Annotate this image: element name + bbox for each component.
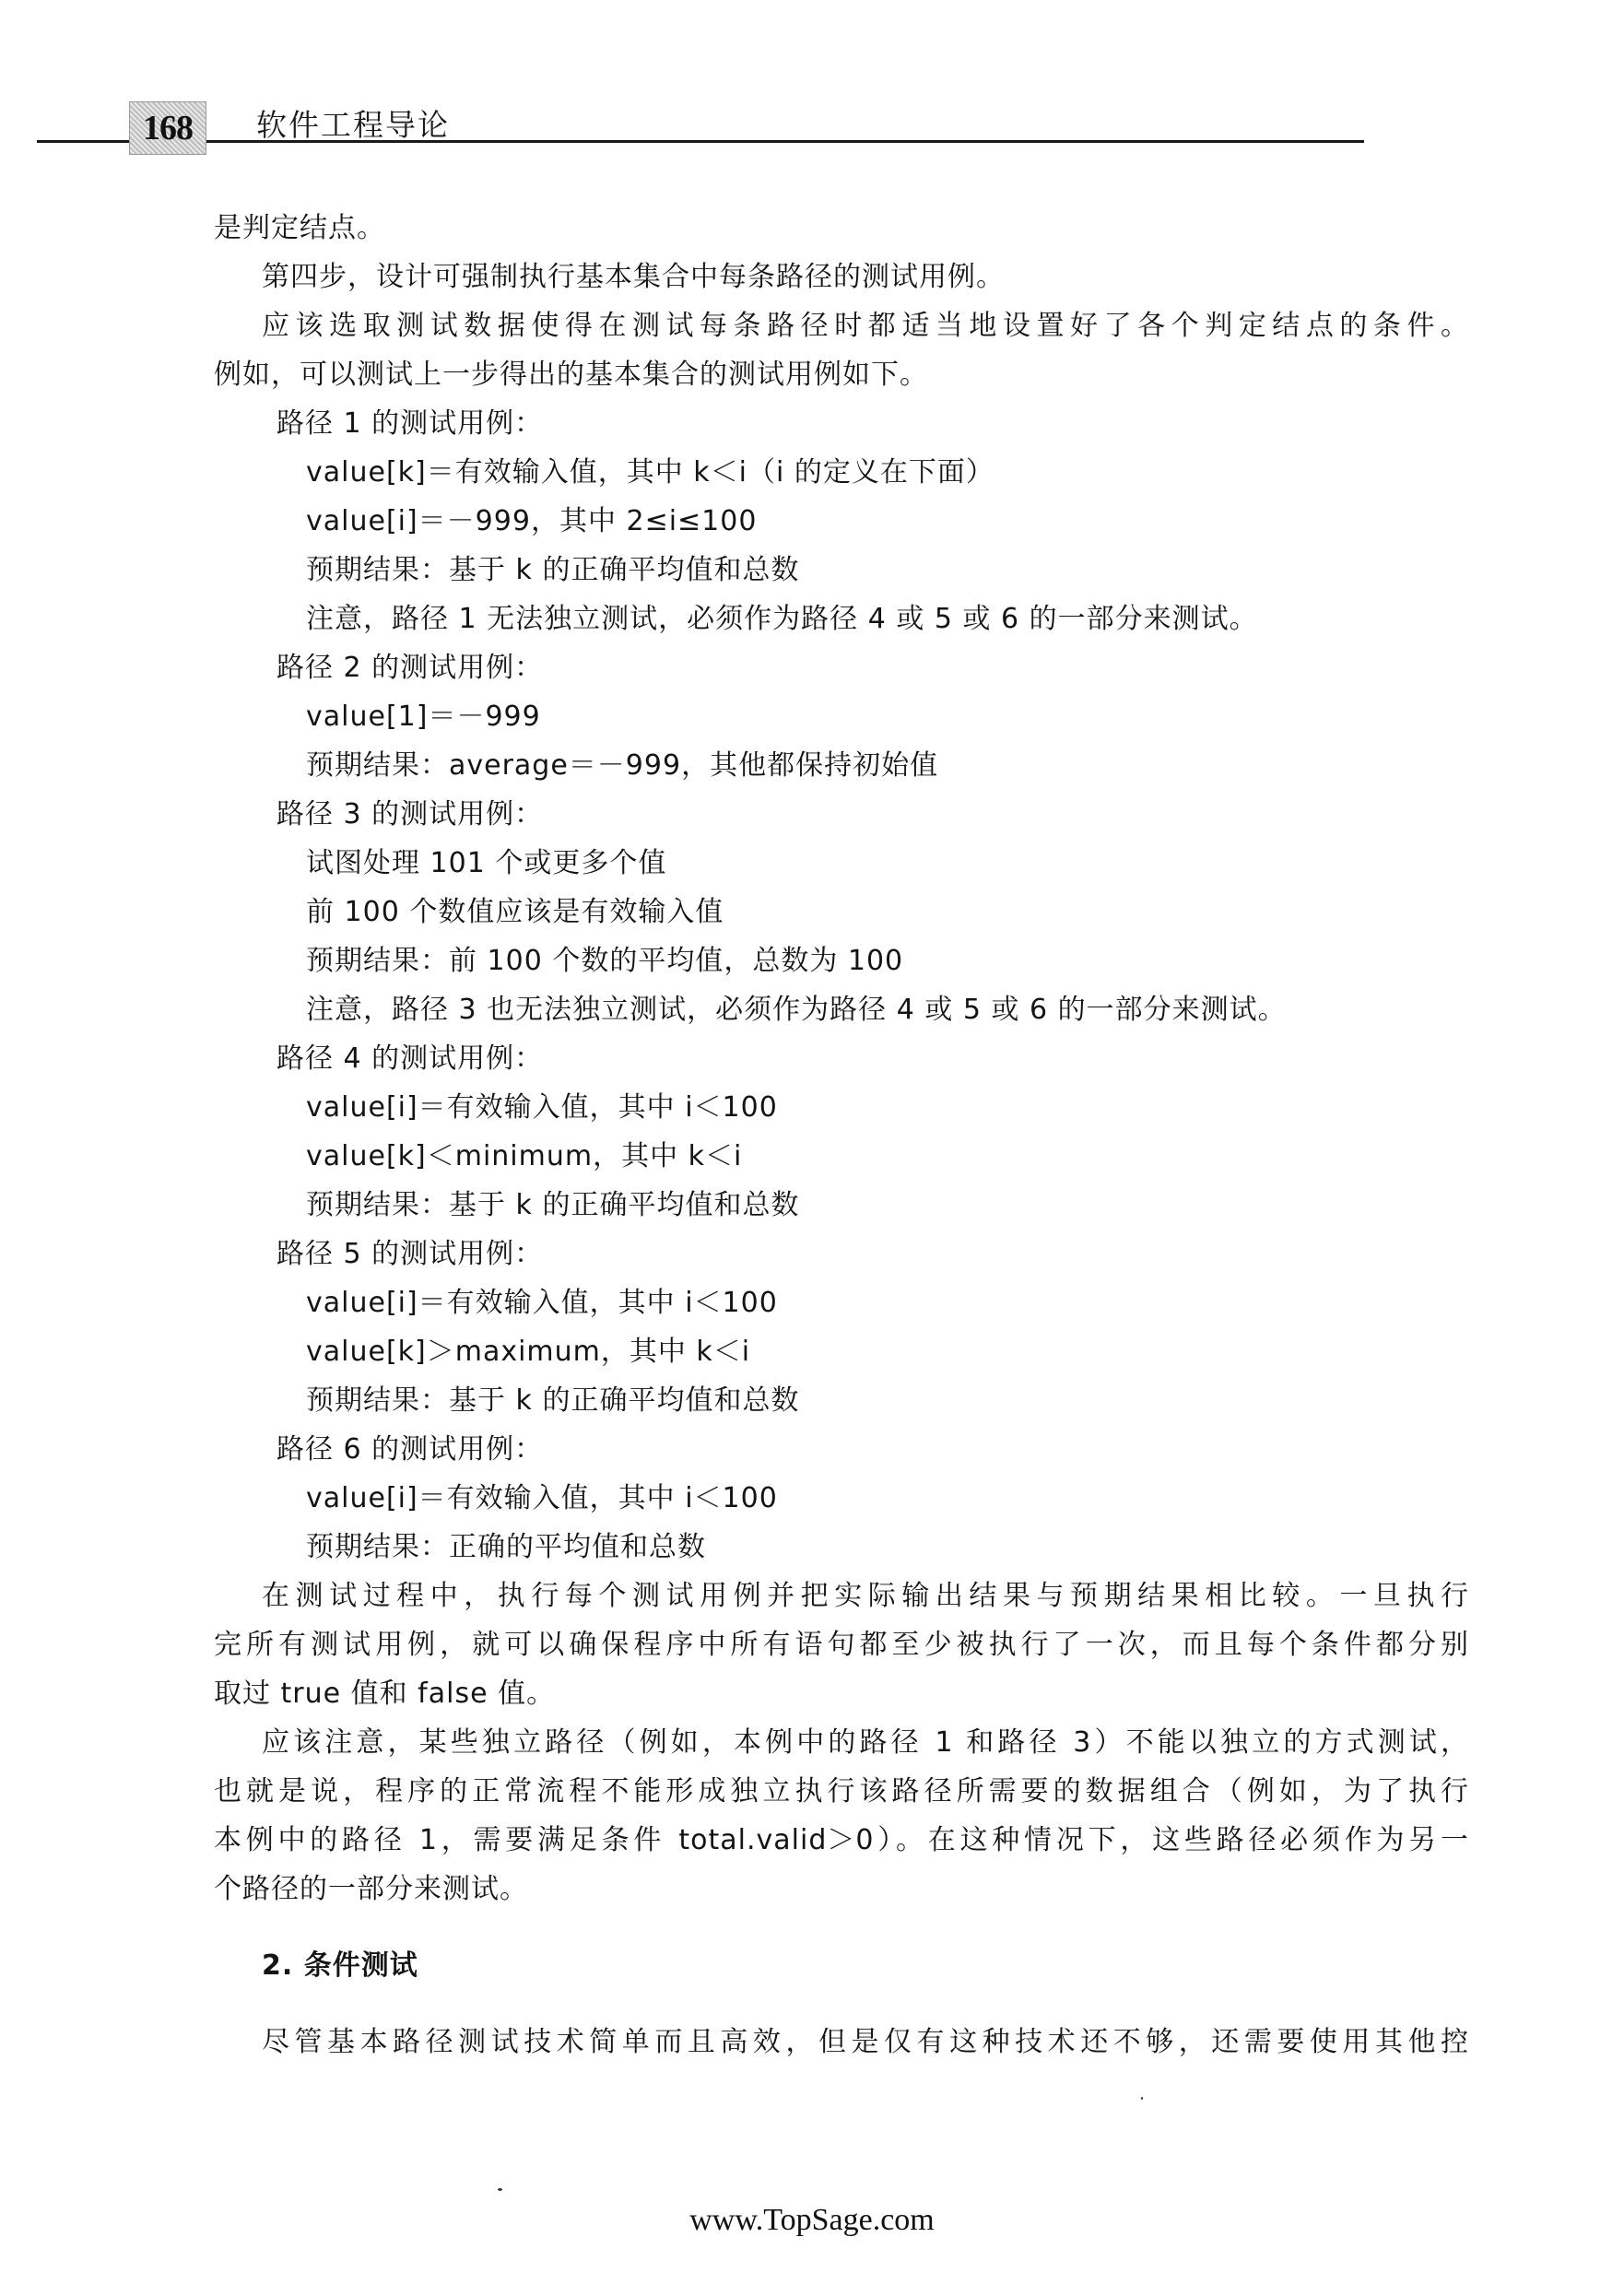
path-heading: 路径 2 的测试用例：	[277, 652, 543, 685]
page-number: 168	[143, 108, 193, 148]
path-heading: 路径 5 的测试用例：	[277, 1238, 543, 1271]
path-heading: 路径 3 的测试用例：	[277, 798, 543, 831]
path-item: value[i]＝有效输入值，其中 i＜100	[306, 1287, 778, 1320]
body-line: 是判定结点。	[214, 212, 385, 245]
path-heading: 路径 1 的测试用例：	[277, 407, 543, 441]
body-line: 应该选取测试数据使得在测试每条路径时都适当地设置好了各个判定结点的条件。	[262, 310, 1469, 343]
path-item: 前 100 个数值应该是有效输入值	[306, 896, 724, 929]
paragraph-line: 个路径的一部分来测试。	[214, 1873, 528, 1906]
scan-speck	[498, 2188, 502, 2191]
path-item: value[1]＝－999	[306, 701, 541, 734]
page-number-badge: 168	[129, 101, 206, 155]
paragraph-line: 尽管基本路径测试技术简单而且高效，但是仅有这种技术还不够，还需要使用其他控	[262, 2026, 1469, 2059]
path-heading: 路径 6 的测试用例：	[277, 1433, 543, 1466]
path-item: 试图处理 101 个或更多个值	[306, 847, 666, 880]
path-heading: 路径 4 的测试用例：	[277, 1042, 543, 1076]
scan-speck	[1141, 2097, 1143, 2100]
path-item: 预期结果：基于 k 的正确平均值和总数	[306, 554, 799, 587]
paragraph-line: 也就是说，程序的正常流程不能形成独立执行该路径所需要的数据组合（例如，为了执行	[214, 1775, 1469, 1808]
path-item: 预期结果：基于 k 的正确平均值和总数	[306, 1189, 799, 1222]
paragraph-line: 完所有测试用例，就可以确保程序中所有语句都至少被执行了一次，而且每个条件都分别	[214, 1629, 1469, 1662]
paragraph-line: 取过 true 值和 false 值。	[214, 1678, 555, 1711]
path-item: 预期结果：正确的平均值和总数	[306, 1531, 706, 1564]
body-line: 第四步，设计可强制执行基本集合中每条路径的测试用例。	[262, 261, 1005, 294]
body-line: 例如，可以测试上一步得出的基本集合的测试用例如下。	[214, 359, 928, 392]
book-title: 软件工程导论	[256, 101, 450, 145]
path-item: 预期结果：基于 k 的正确平均值和总数	[306, 1384, 799, 1418]
path-item: 预期结果：average＝－999，其他都保持初始值	[306, 749, 938, 783]
footer-website: www.TopSage.com	[0, 2203, 1624, 2238]
section-title: 2. 条件测试	[262, 1949, 418, 1983]
paragraph-line: 应该注意，某些独立路径（例如，本例中的路径 1 和路径 3）不能以独立的方式测试…	[262, 1726, 1469, 1760]
page-header: 168 软件工程导论	[37, 101, 1364, 147]
paragraph-line: 在测试过程中，执行每个测试用例并把实际输出结果与预期结果相比较。一旦执行	[262, 1580, 1469, 1613]
path-item: value[i]＝－999，其中 2≤i≤100	[306, 505, 757, 538]
path-item: 注意，路径 1 无法独立测试，必须作为路径 4 或 5 或 6 的一部分来测试。	[306, 603, 1258, 636]
header-rule	[37, 140, 1364, 143]
path-item: 注意，路径 3 也无法独立测试，必须作为路径 4 或 5 或 6 的一部分来测试…	[306, 994, 1287, 1027]
path-item: value[i]＝有效输入值，其中 i＜100	[306, 1091, 778, 1124]
path-item: 预期结果：前 100 个数的平均值，总数为 100	[306, 945, 903, 978]
path-item: value[k]＜minimum，其中 k＜i	[306, 1140, 742, 1173]
paragraph-line: 本例中的路径 1，需要满足条件 total.valid＞0）。在这种情况下，这些…	[214, 1824, 1469, 1857]
path-item: value[i]＝有效输入值，其中 i＜100	[306, 1482, 778, 1515]
path-item: value[k]＝有效输入值，其中 k＜i（i 的定义在下面）	[306, 456, 994, 489]
path-item: value[k]＞maximum，其中 k＜i	[306, 1336, 750, 1369]
